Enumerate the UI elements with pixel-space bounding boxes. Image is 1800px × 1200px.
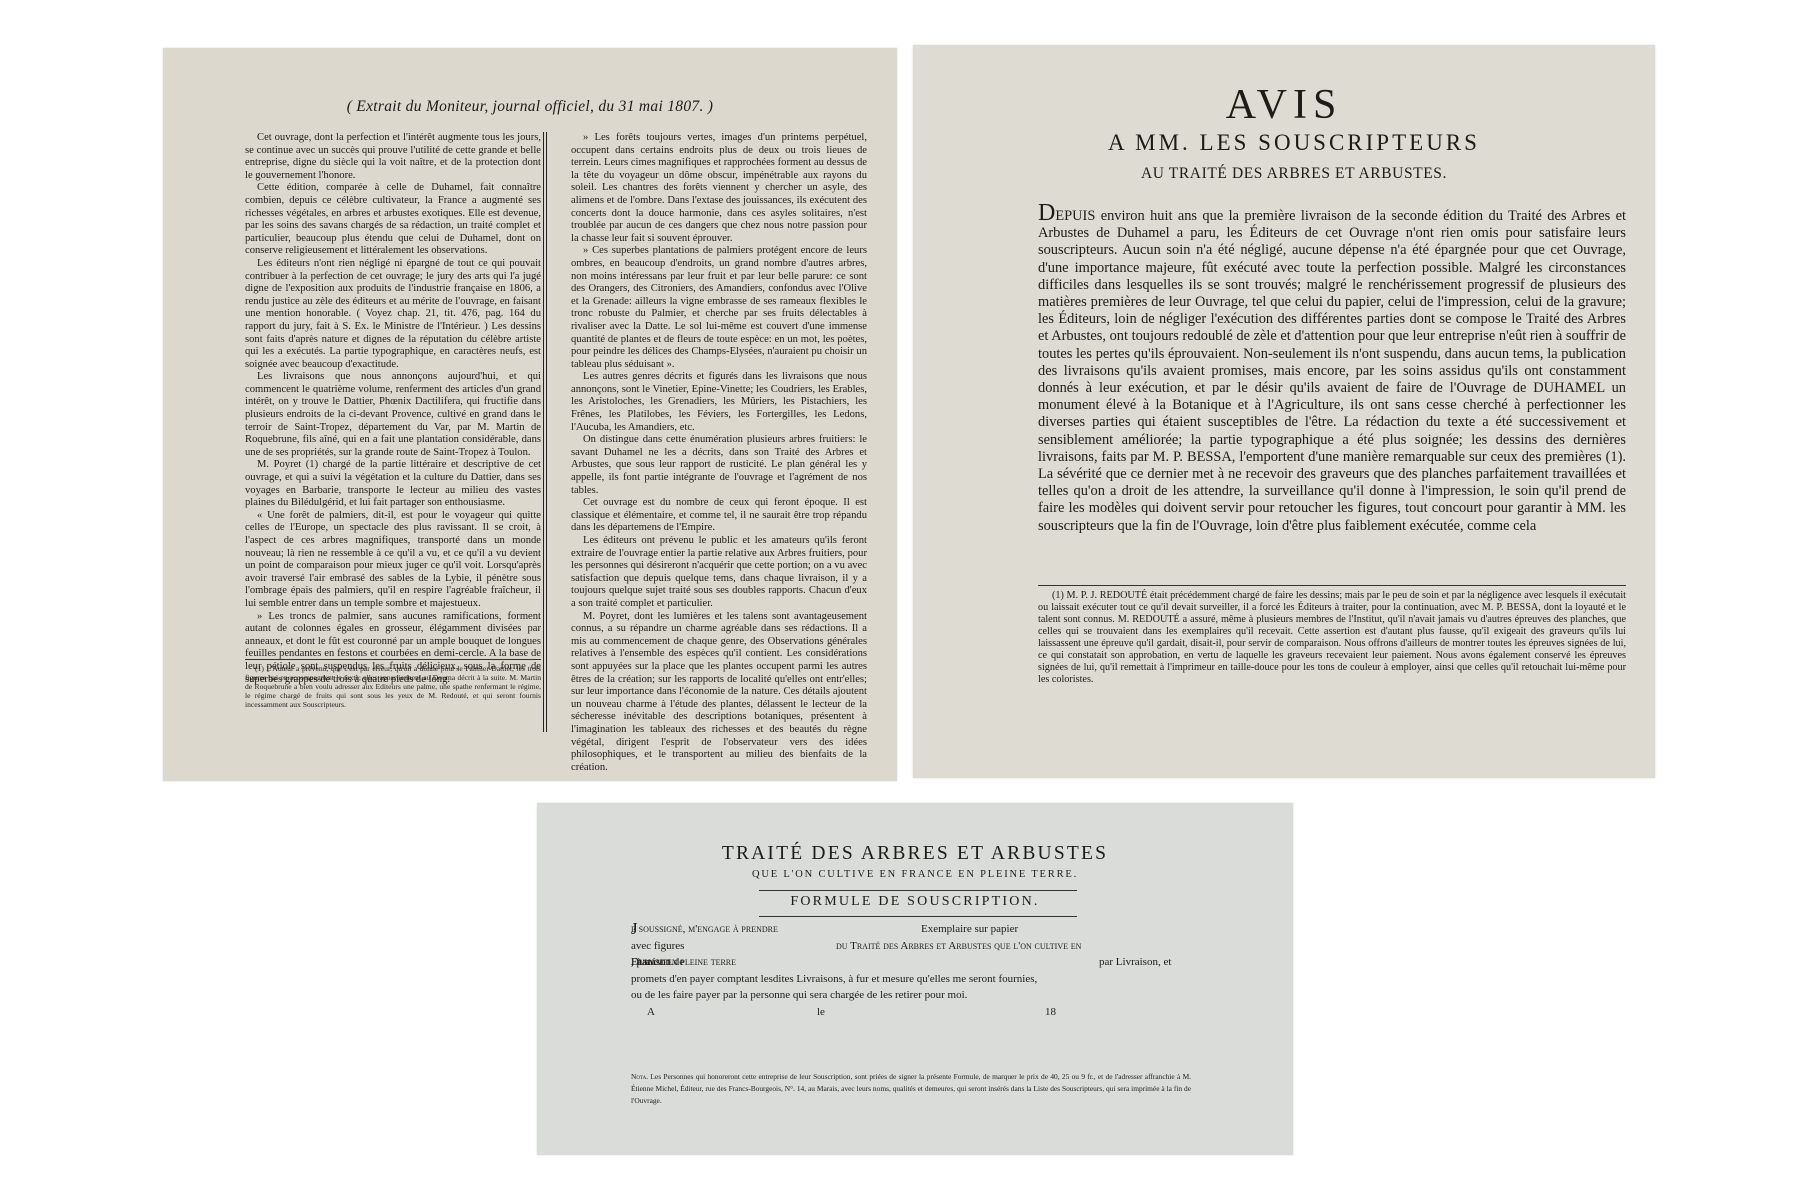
form-line-3: France en pleine terre, par Duhamel, à r… xyxy=(631,954,1191,971)
avis-footnote: (1) M. P. J. REDOUTÉ était précédemment … xyxy=(1038,590,1626,686)
drop-cap: D xyxy=(1038,200,1055,226)
paragraph: « Une forêt de palmiers, dit-il, est pou… xyxy=(245,510,541,611)
form-subtitle: QUE L'ON CULTIVE EN FRANCE EN PLEINE TER… xyxy=(537,869,1293,880)
paragraph: Cet ouvrage, dont la perfection et l'int… xyxy=(245,132,541,182)
form-line-4: promets d'en payer comptant lesdites Liv… xyxy=(631,971,1191,988)
paragraph: Cette édition, comparée à celle de Duham… xyxy=(245,182,541,258)
avis-body: DEPUIS environ huit ans que la première … xyxy=(1038,205,1626,535)
column-divider xyxy=(543,132,547,732)
footnote-divider xyxy=(1038,585,1626,586)
paragraph: » Ces superbes plantations de palmiers p… xyxy=(571,245,867,371)
form-text: promets d'en payer comptant lesdites Liv… xyxy=(631,971,1037,988)
form-heading: FORMULE DE SOUSCRIPTION. xyxy=(537,894,1293,910)
paragraph: M. Poyret (1) chargé de la partie littér… xyxy=(245,459,541,509)
form-line-6: A le 18 xyxy=(631,1004,1191,1021)
avis-body-text: environ huit ans que la première livrais… xyxy=(1038,208,1626,534)
paragraph: Cet ouvrage est du nombre de ceux qui fe… xyxy=(571,497,867,535)
paragraph: Les éditeurs ont prévenu le public et le… xyxy=(571,535,867,611)
form-line-1: Je soussigné, m'engage à prendre Exempla… xyxy=(631,921,1191,938)
paragraph: M. Poyret, dont les lumières et les tale… xyxy=(571,611,867,775)
moniteur-column-1: Cet ouvrage, dont la perfection et l'int… xyxy=(245,132,541,686)
form-text: , à raison de xyxy=(631,954,684,971)
avis-subtitle: A MM. LES SOUSCRIPTEURS xyxy=(913,130,1655,156)
moniteur-extract-sheet: ( Extrait du Moniteur, journal officiel,… xyxy=(163,48,897,781)
heading-rule-top xyxy=(759,890,1077,891)
subscription-form-sheet: TRAITÉ DES ARBRES ET ARBUSTES QUE L'ON C… xyxy=(537,803,1293,1155)
form-text: e soussigné, m'engage à prendre xyxy=(631,921,778,938)
date-label: le xyxy=(817,1004,825,1021)
moniteur-column-2: » Les forêts toujours vertes, images d'u… xyxy=(571,132,867,774)
paragraph: Les livraisons que nous annonçons aujour… xyxy=(245,371,541,459)
moniteur-title: ( Extrait du Moniteur, journal officiel,… xyxy=(163,98,897,116)
year-label: 18 xyxy=(1045,1004,1056,1021)
footnote-divider xyxy=(245,659,541,660)
form-nota: Nota. Les Personnes qui honoreront cette… xyxy=(631,1071,1191,1107)
paragraph: Les autres genres décrits et figurés dan… xyxy=(571,371,867,434)
heading-rule-bottom xyxy=(759,916,1077,917)
place-label: A xyxy=(647,1004,655,1021)
form-text: du Traité des Arbres et Arbustes que l'o… xyxy=(836,938,1081,955)
form-line-5: ou de les faire payer par la personne qu… xyxy=(631,987,1191,1004)
paragraph: On distingue dans cette énumération plus… xyxy=(571,434,867,497)
avis-title: AVIS xyxy=(913,83,1655,127)
form-line-2: avec figures du Traité des Arbres et Arb… xyxy=(631,938,1191,955)
moniteur-footnote: (1) L'Auteur a prévenu, que c'est par er… xyxy=(245,664,541,709)
form-title: TRAITÉ DES ARBRES ET ARBUSTES xyxy=(537,843,1293,865)
avis-sheet: AVIS A MM. LES SOUSCRIPTEURS AU TRAITÉ D… xyxy=(913,45,1655,778)
form-text: Exemplaire sur papier xyxy=(921,921,1018,938)
form-body: Je soussigné, m'engage à prendre Exempla… xyxy=(631,921,1191,1021)
form-text: avec figures xyxy=(631,938,684,955)
form-text: par Livraison, et xyxy=(1099,954,1171,971)
avis-subtitle-2: AU TRAITÉ DES ARBRES ET ARBUSTES. xyxy=(913,165,1655,183)
paragraph: Les éditeurs n'ont rien négligé ni éparg… xyxy=(245,258,541,371)
small-caps-lead: EPUIS xyxy=(1055,208,1095,224)
form-text: ou de les faire payer par la personne qu… xyxy=(631,987,967,1004)
nota-text: Les Personnes qui honoreront cette entre… xyxy=(631,1072,1191,1105)
nota-label: Nota. xyxy=(631,1072,648,1081)
paragraph: » Les forêts toujours vertes, images d'u… xyxy=(571,132,867,245)
